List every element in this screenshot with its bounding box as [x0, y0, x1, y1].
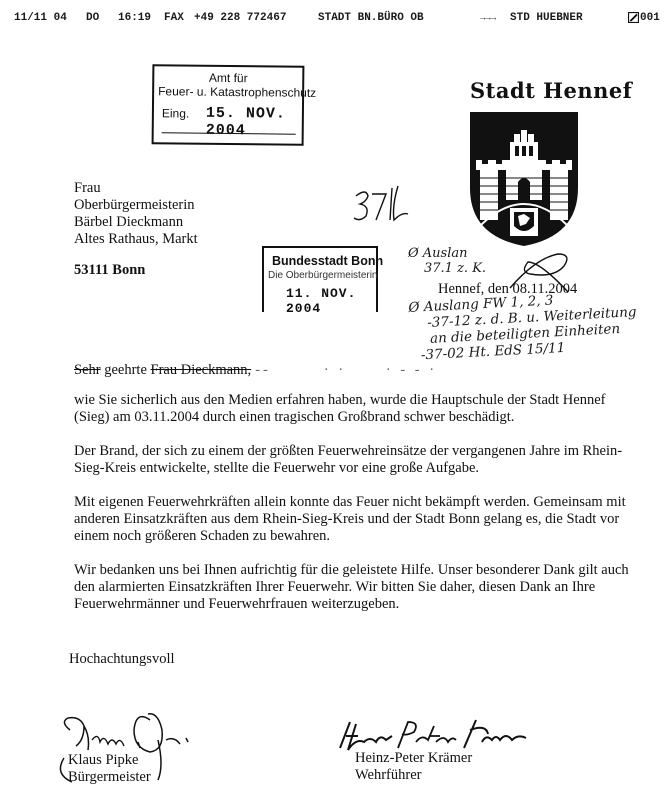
salutation-struck-2: Frau Dieckmann, [151, 362, 252, 378]
salutation-struck-1: Sehr [74, 362, 101, 378]
closing: Hochachtungsvoll [69, 651, 175, 668]
fax-label: FAX [164, 12, 184, 24]
fax-page-icon [628, 12, 639, 27]
recipient-city: 53111 Bonn [74, 262, 198, 279]
salutation-dashes: -- · · · - - · [255, 362, 437, 378]
salutation: Sehr geehrte Frau Dieckmann,-- · · · - -… [74, 362, 437, 379]
signer-mayor: Klaus Pipke Bürgermeister [68, 752, 151, 786]
signer-title: Bürgermeister [68, 769, 151, 786]
fax-header: 11/11 04 DO 16:19 FAX +49 228 772467 STA… [14, 12, 664, 32]
salutation-middle: geehrte [101, 362, 151, 378]
stamp-date: 11. NOV. 2004 [286, 286, 376, 316]
received-stamp-bonn: Bundesstadt Bonn Die Oberbürgermeisterin… [262, 246, 378, 312]
handwritten-note-2: Ø Auslang FW 1, 2, 3 -37-12 z. d. B. u. … [408, 288, 639, 364]
fax-time: 16:19 [118, 12, 151, 24]
recipient-title: Oberbürgermeisterin [74, 197, 198, 214]
signer-title: Wehrführer [355, 767, 472, 784]
signer-fire-chief: Heinz-Peter Krämer Wehrführer [355, 750, 472, 784]
letterhead-city-name: Stadt Hennef [470, 78, 632, 103]
handwritten-note-1: Ø Auslan 37.1 z. K. [408, 246, 486, 276]
received-stamp-fire-dept: Amt für Feuer- u. Katastrophenschutz Ein… [152, 64, 305, 146]
signer-name: Klaus Pipke [68, 752, 151, 769]
fax-sender: STADT BN.BÜRO OB [318, 12, 424, 24]
fax-recipient: STD HUEBNER [510, 12, 583, 24]
recipient-salutation: Frau [74, 180, 198, 197]
stamp-line-2: Feuer- u. Katastrophenschutz [158, 84, 316, 100]
body-paragraph: wie Sie sicherlich aus den Medien erfahr… [74, 392, 634, 426]
signer-name: Heinz-Peter Krämer [355, 750, 472, 767]
recipient-street: Altes Rathaus, Markt [74, 231, 198, 248]
fax-number: +49 228 772467 [194, 12, 286, 24]
fax-date: 11/11 04 [14, 12, 67, 24]
city-coat-of-arms-icon [466, 108, 582, 248]
body-paragraph: Der Brand, der sich zu einem der größten… [74, 443, 634, 477]
fax-day: DO [86, 12, 99, 24]
handwritten-reference-number: 37/1 [352, 186, 412, 232]
fax-page-number: 001 [640, 12, 660, 24]
stamp-line-1: Amt für [154, 70, 302, 86]
recipient-address: Frau Oberbürgermeisterin Bärbel Dieckman… [74, 180, 198, 279]
fax-arrows: →→→ [480, 13, 496, 23]
stamp-line-2: Die Oberbürgermeisterin [268, 270, 378, 281]
recipient-name: Bärbel Dieckmann [74, 214, 198, 231]
body-paragraph: Mit eigenen Feuerwehrkräften allein konn… [74, 494, 634, 545]
stamp-line-1: Bundesstadt Bonn [272, 254, 383, 268]
letter-body: wie Sie sicherlich aus den Medien erfahr… [74, 392, 634, 630]
body-paragraph: Wir bedanken uns bei Ihnen aufrichtig fü… [74, 562, 634, 613]
stamp-label: Eing. [162, 106, 190, 120]
